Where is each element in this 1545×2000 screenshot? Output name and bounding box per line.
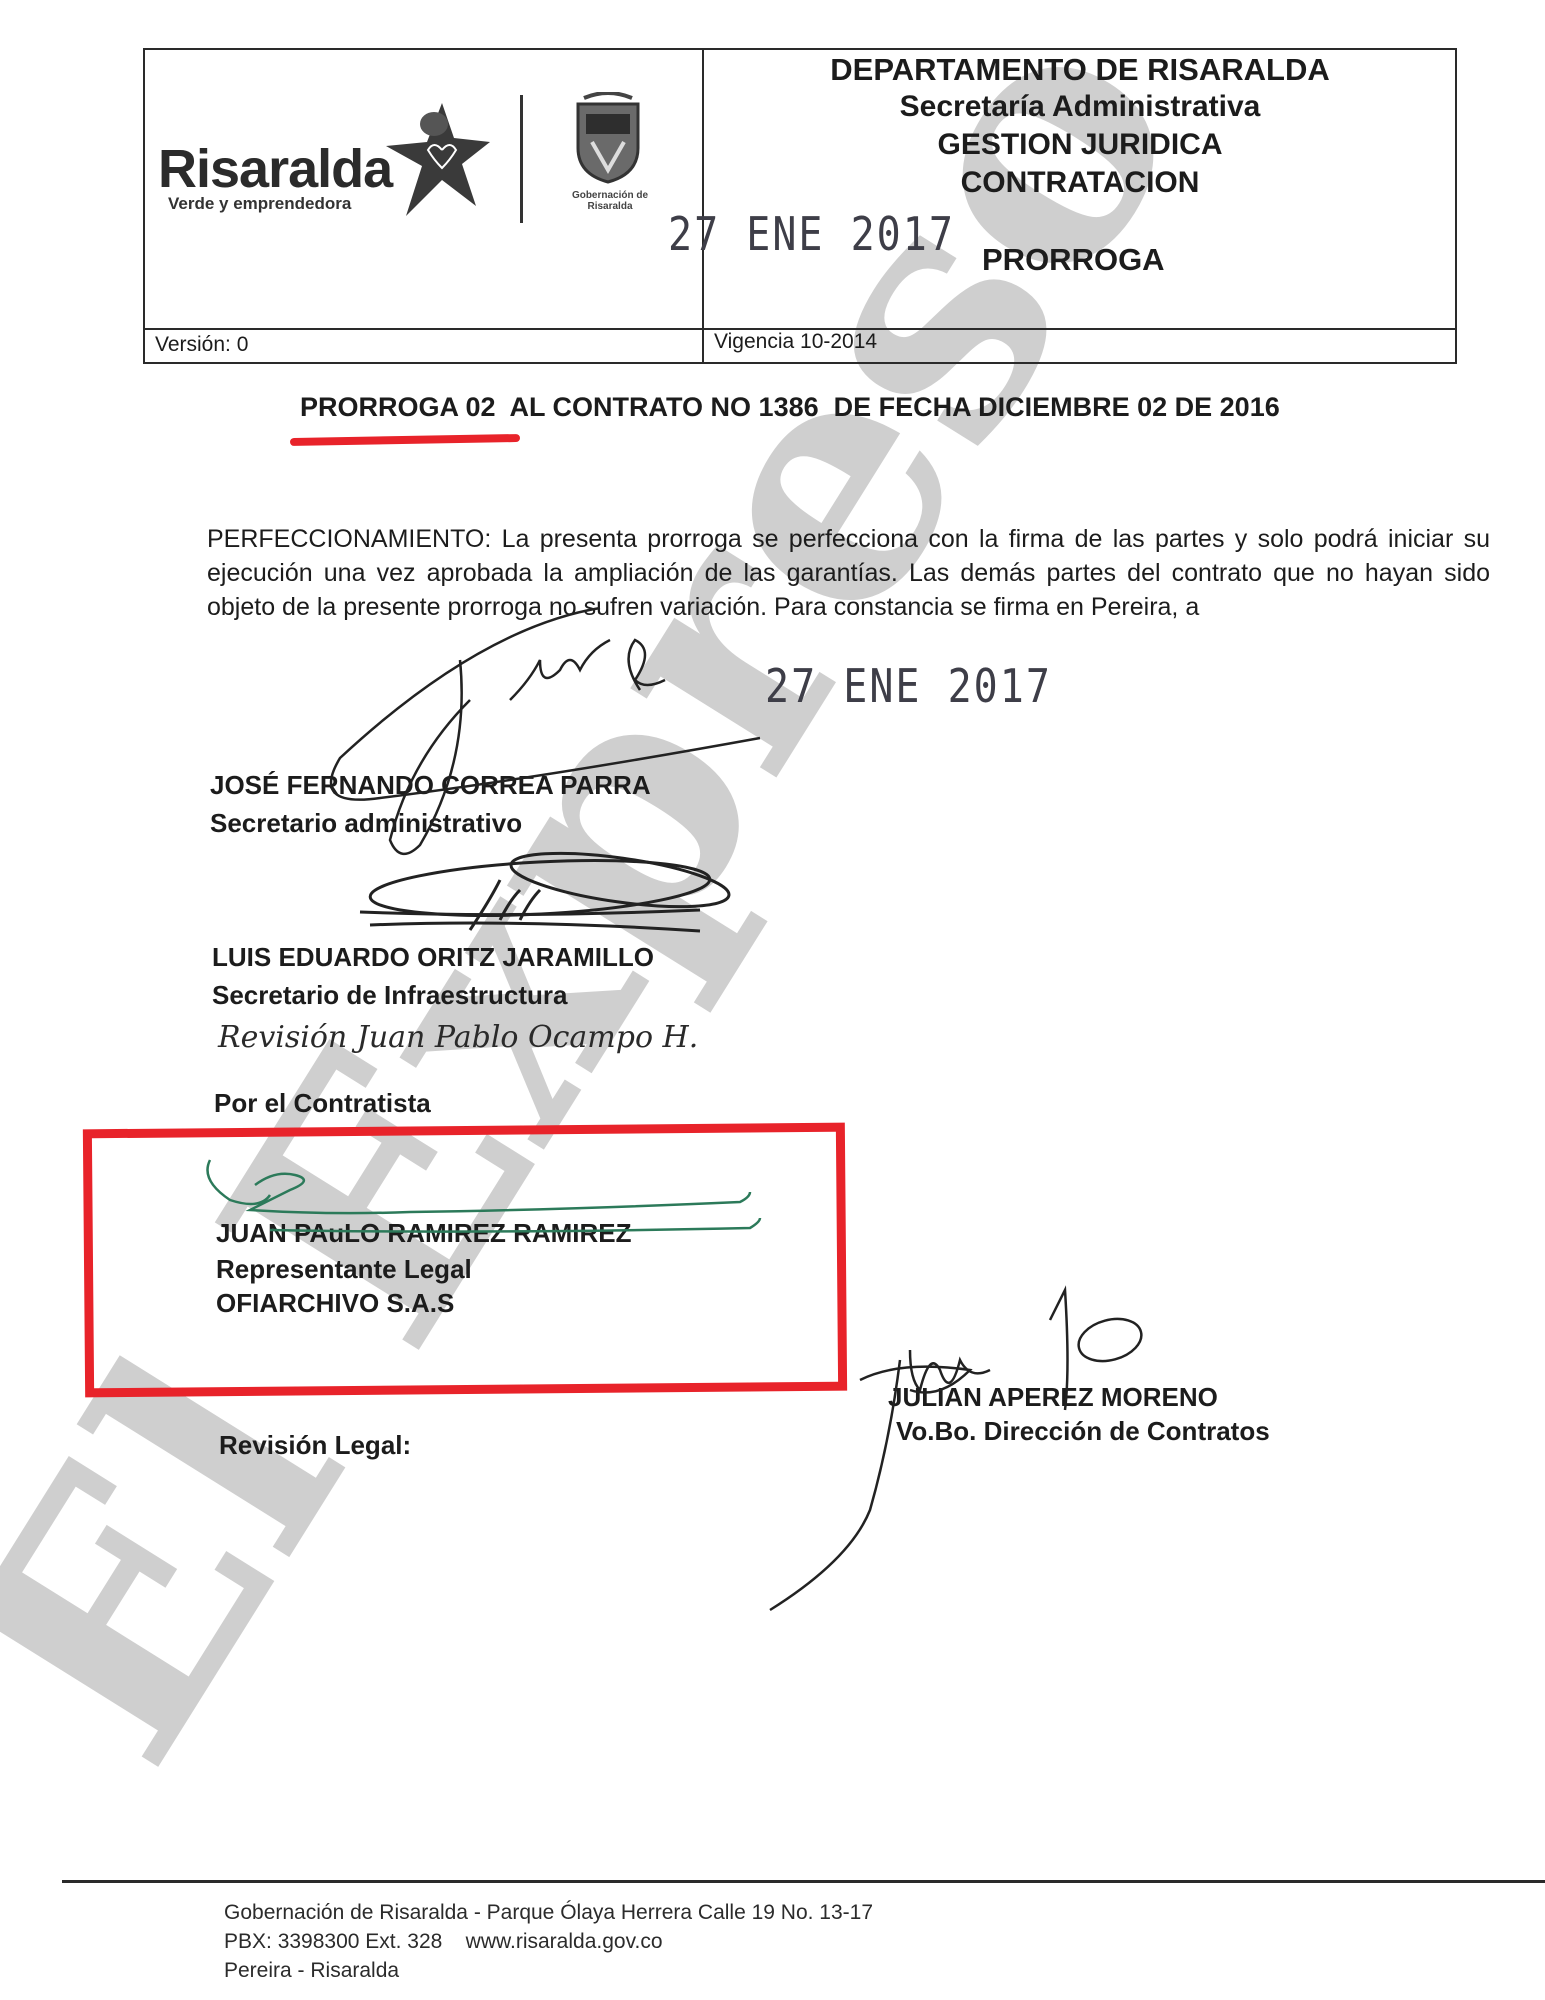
signature-luis-icon <box>360 843 732 931</box>
revision-legal-label: Revisión Legal: <box>219 1430 411 1461</box>
document-title: PRORROGA 02 AL CONTRATO NO 1386 DE FECHA… <box>300 392 1280 423</box>
contratista-label: Por el Contratista <box>214 1088 431 1119</box>
title-highlight: PRORROGA 02 <box>300 392 496 422</box>
footer-address: Gobernación de Risaralda - Parque Ólaya … <box>224 1898 873 1985</box>
department-title: DEPARTAMENTO DE RISARALDA <box>704 52 1456 88</box>
signatory-jose-role: Secretario administrativo <box>210 808 522 839</box>
logo-separator <box>520 95 523 223</box>
footer-divider <box>62 1880 1545 1883</box>
signatory-julian-name: JULIAN APEREZ MORENO <box>888 1382 1218 1413</box>
document-type: PRORROGA <box>982 242 1165 278</box>
star-logo-icon <box>372 98 492 218</box>
handwritten-review-note: Revisión Juan Pablo Ocampo H. <box>218 1020 698 1055</box>
area-title: GESTION JURIDICA <box>704 126 1456 164</box>
section-title: CONTRATACION <box>704 164 1456 202</box>
date-stamp-body: 27 ENE 2017 <box>765 661 1052 714</box>
header-titles: DEPARTAMENTO DE RISARALDA Secretaría Adm… <box>704 52 1456 202</box>
logo-wordmark: Risaralda <box>158 138 392 200</box>
crest-icon <box>570 92 646 184</box>
red-underline-annotation <box>290 434 520 446</box>
vigencia-label: Vigencia 10-2014 <box>714 330 877 354</box>
date-stamp-header: 27 ENE 2017 <box>668 209 955 262</box>
perfeccionamiento-paragraph: PERFECCIONAMIENTO: La presenta prorroga … <box>207 522 1490 624</box>
secretariat-title: Secretaría Administrativa <box>704 88 1456 126</box>
footer-line-contact: PBX: 3398300 Ext. 328 www.risaralda.gov.… <box>224 1927 873 1956</box>
signatory-juan-name: JUAN PAuLO RAMIREZ RAMIREZ <box>216 1218 632 1249</box>
footer-line-city: Pereira - Risaralda <box>224 1956 873 1985</box>
signatory-luis-name: LUIS EDUARDO ORITZ JARAMILLO <box>212 942 654 973</box>
signatory-julian-role: Vo.Bo. Dirección de Contratos <box>896 1416 1270 1447</box>
version-label: Versión: 0 <box>155 333 248 357</box>
title-rest: AL CONTRATO NO 1386 DE FECHA DICIEMBRE 0… <box>496 392 1280 422</box>
signatory-jose-name: JOSÉ FERNANDO CORREA PARRA <box>210 770 651 801</box>
crest-caption: Gobernación de Risaralda <box>555 190 665 212</box>
signatory-juan-company: OFIARCHIVO S.A.S <box>216 1288 454 1319</box>
logo-tagline: Verde y emprendedora <box>168 194 351 214</box>
signatory-luis-role: Secretario de Infraestructura <box>212 980 567 1011</box>
signatory-juan-role: Representante Legal <box>216 1254 472 1285</box>
footer-line-address: Gobernación de Risaralda - Parque Ólaya … <box>224 1898 873 1927</box>
